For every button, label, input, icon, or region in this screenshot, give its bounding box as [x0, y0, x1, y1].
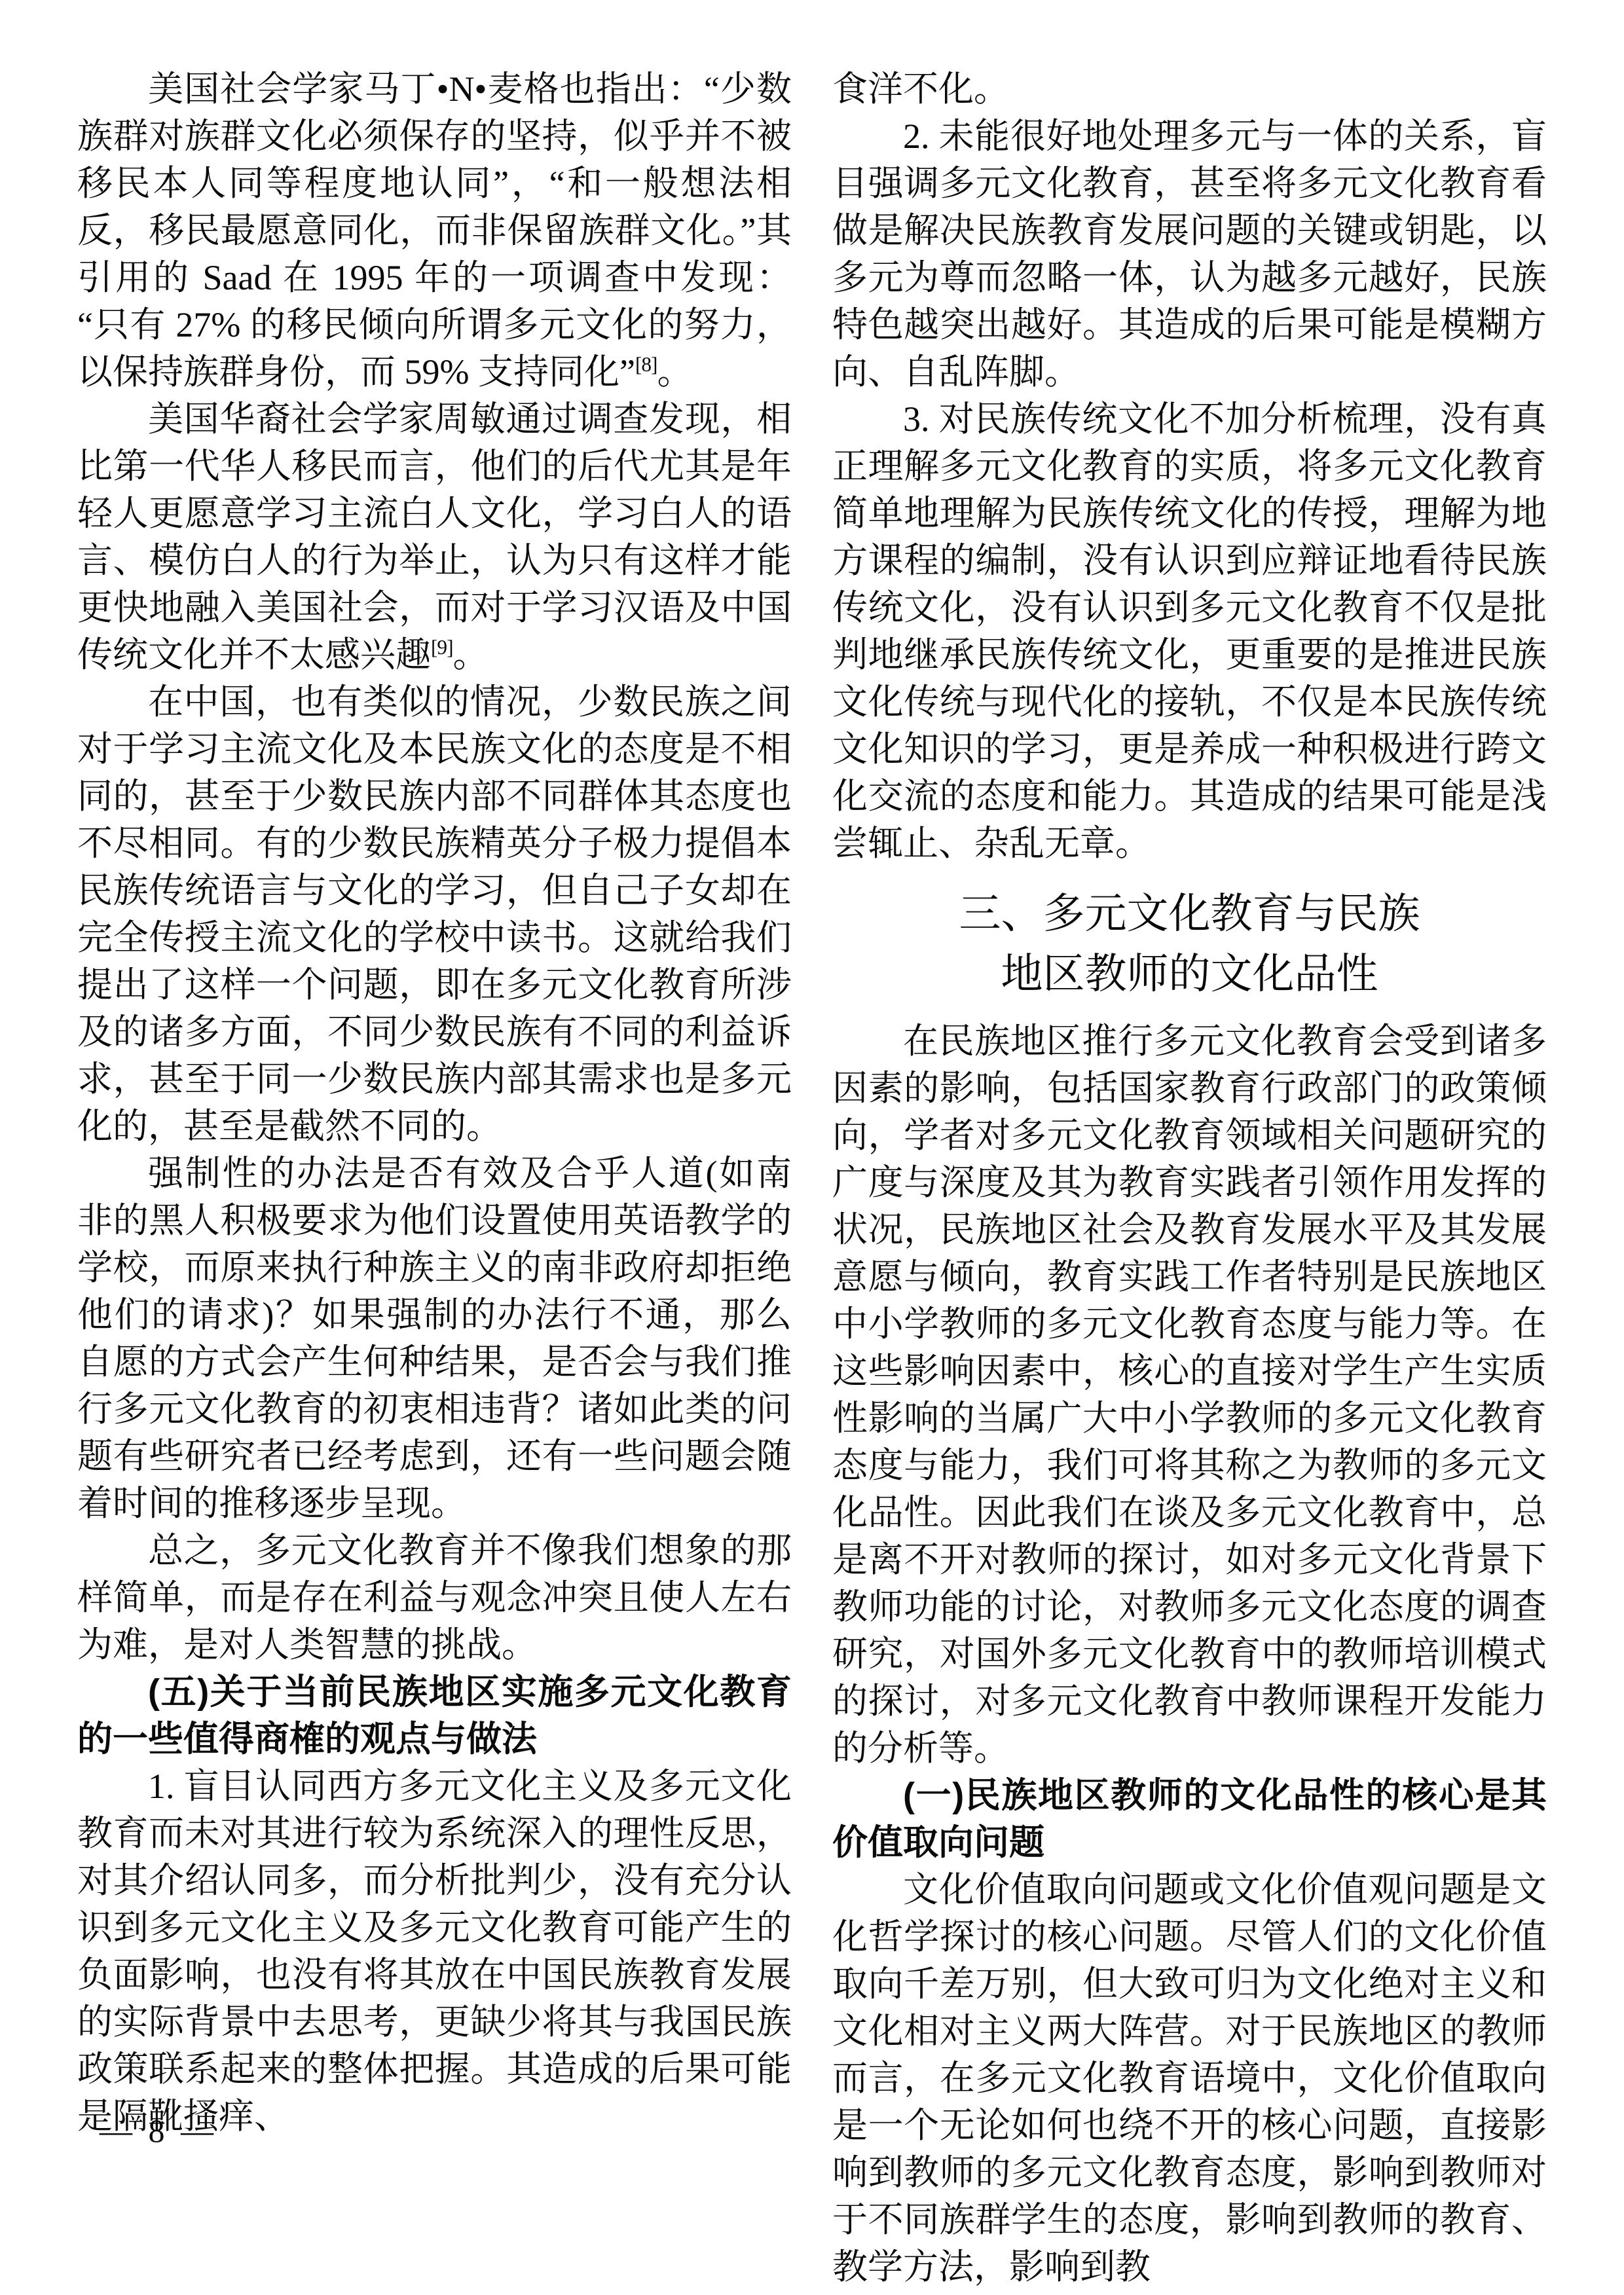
paragraph: 美国华裔社会学家周敏通过调查发现，相比第一代华人移民而言，他们的后代尤其是年轻人… [77, 395, 792, 678]
section-heading-line-1: 三、多元文化教育与民族 [832, 884, 1547, 944]
paragraph: 强制性的办法是否有效及合乎人道(如南非的黑人积极要求为他们设置使用英语教学的学校… [77, 1150, 792, 1527]
paragraph: 美国社会学家马丁•N•麦格也指出：“少数族群对族群文化必须保存的坚持，似乎并不被… [77, 65, 792, 395]
paragraph: 在中国，也有类似的情况，少数民族之间对于学习主流文化及本民族文化的态度是不相同的… [77, 678, 792, 1150]
subsection-heading-five: (五)关于当前民族地区实施多元文化教育的一些值得商榷的观点与做法 [77, 1668, 792, 1763]
paragraph: 文化价值取向问题或文化价值观问题是文化哲学探讨的核心问题。尽管人们的文化价值取向… [832, 1866, 1547, 2290]
paragraph: 2. 未能很好地处理多元与一体的关系，盲目强调多元文化教育，甚至将多元文化教育看… [832, 113, 1547, 395]
section-heading-line-2: 地区教师的文化品性 [832, 944, 1547, 1004]
page-number: — 8 — [100, 2111, 217, 2150]
paragraph: 总之，多元文化教育并不像我们想象的那样简单，而是存在利益与观念冲突且使人左右为难… [77, 1527, 792, 1668]
right-column: 食洋不化。 2. 未能很好地处理多元与一体的关系，盲目强调多元文化教育，甚至将多… [832, 65, 1547, 2290]
section-heading-three: 三、多元文化教育与民族 地区教师的文化品性 [832, 884, 1547, 1004]
left-column: 美国社会学家马丁•N•麦格也指出：“少数族群对族群文化必须保存的坚持，似乎并不被… [77, 65, 792, 2290]
two-column-layout: 美国社会学家马丁•N•麦格也指出：“少数族群对族群文化必须保存的坚持，似乎并不被… [77, 65, 1547, 2290]
paragraph: 1. 盲目认同西方多元文化主义及多元文化教育而未对其进行较为系统深入的理性反思，… [77, 1763, 792, 2140]
paper-page: 美国社会学家马丁•N•麦格也指出：“少数族群对族群文化必须保存的坚持，似乎并不被… [0, 0, 1624, 2295]
paragraph: 3. 对民族传统文化不加分析梳理，没有真正理解多元文化教育的实质，将多元文化教育… [832, 395, 1547, 867]
paragraph: 在民族地区推行多元文化教育会受到诸多因素的影响，包括国家教育行政部门的政策倾向，… [832, 1018, 1547, 1772]
paragraph-continuation: 食洋不化。 [832, 65, 1547, 113]
subsection-heading-one: (一)民族地区教师的文化品性的核心是其价值取向问题 [832, 1772, 1547, 1866]
